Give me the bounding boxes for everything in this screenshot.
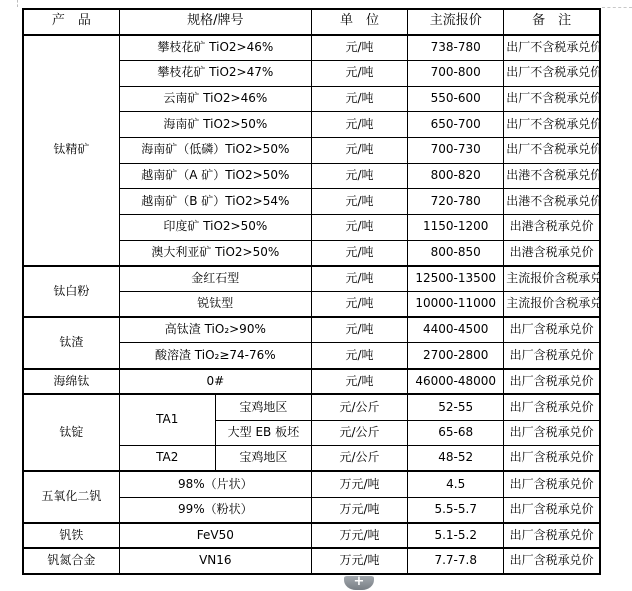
spec-cell: FeV50	[119, 523, 311, 549]
unit-cell: 元/公斤	[311, 420, 407, 446]
remark-cell: 出厂不含税承兑价	[504, 137, 600, 163]
price-cell: 800-850	[408, 240, 504, 266]
spec-cell: 宝鸡地区	[215, 394, 311, 420]
product-cell: 海绵钛	[23, 369, 119, 395]
price-cell: 65-68	[408, 420, 504, 446]
remark-cell: 出厂含税承兑价	[504, 523, 600, 549]
unit-cell: 元/吨	[311, 60, 407, 86]
remark-cell: 出厂含税承兑价	[504, 497, 600, 523]
unit-cell: 元/吨	[311, 240, 407, 266]
remark-cell: 主流报价含税承兑	[504, 266, 600, 292]
price-cell: 12500-13500	[408, 266, 504, 292]
remark-cell: 出厂不含税承兑价	[504, 35, 600, 61]
remark-cell: 出港不含税承兑价	[504, 163, 600, 189]
price-cell: 10000-11000	[408, 292, 504, 318]
remark-cell: 出港含税承兑价	[504, 215, 600, 241]
page-guide-dash-left	[17, 0, 18, 7]
remark-cell: 出厂不含税承兑价	[504, 86, 600, 112]
unit-cell: 万元/吨	[311, 497, 407, 523]
spec-cell: 越南矿（B 矿）TiO2>54%	[119, 189, 311, 215]
remark-cell: 出厂含税承兑价	[504, 446, 600, 472]
price-cell: 5.5-5.7	[408, 497, 504, 523]
spec-cell: 海南矿（低磷）TiO2>50%	[119, 137, 311, 163]
table-row: 钛锭TA1宝鸡地区元/公斤52-55出厂含税承兑价	[23, 394, 600, 420]
spec-cell: VN16	[119, 548, 311, 574]
product-cell: 钛精矿	[23, 35, 119, 266]
price-cell: 550-600	[408, 86, 504, 112]
price-cell: 7.7-7.8	[408, 548, 504, 574]
spec-cell: 金红石型	[119, 266, 311, 292]
product-cell: 钛锭	[23, 394, 119, 471]
unit-cell: 元/吨	[311, 163, 407, 189]
unit-cell: 元/吨	[311, 35, 407, 61]
unit-cell: 元/吨	[311, 137, 407, 163]
table-row: 钒铁FeV50万元/吨5.1-5.2出厂含税承兑价	[23, 523, 600, 549]
spec-cell: 宝鸡地区	[215, 446, 311, 472]
remark-cell: 出港含税承兑价	[504, 240, 600, 266]
price-cell: 5.1-5.2	[408, 523, 504, 549]
price-table-body: 钛精矿攀枝花矿 TiO2>46%元/吨738-780出厂不含税承兑价攀枝花矿 T…	[23, 35, 600, 574]
spec-cell: 攀枝花矿 TiO2>47%	[119, 60, 311, 86]
price-cell: 4400-4500	[408, 317, 504, 343]
spec-cell: 99%（粉状）	[119, 497, 311, 523]
price-cell: 2700-2800	[408, 343, 504, 369]
table-row: 钛精矿攀枝花矿 TiO2>46%元/吨738-780出厂不含税承兑价	[23, 35, 600, 61]
unit-cell: 万元/吨	[311, 548, 407, 574]
price-cell: 52-55	[408, 394, 504, 420]
unit-cell: 元/公斤	[311, 394, 407, 420]
price-cell: 46000-48000	[408, 369, 504, 395]
add-row-button[interactable]: +	[344, 576, 374, 590]
grade-cell: TA1	[119, 394, 215, 445]
spec-cell: 越南矿（A 矿）TiO2>50%	[119, 163, 311, 189]
unit-cell: 元/吨	[311, 86, 407, 112]
price-cell: 700-730	[408, 137, 504, 163]
spec-cell: 澳大利亚矿 TiO2>50%	[119, 240, 311, 266]
spec-cell: 大型 EB 板坯	[215, 420, 311, 446]
price-cell: 650-700	[408, 112, 504, 138]
price-cell: 700-800	[408, 60, 504, 86]
table-row: 五氧化二钒98%（片状）万元/吨4.5出厂含税承兑价	[23, 471, 600, 497]
remark-cell: 出厂含税承兑价	[504, 471, 600, 497]
price-table-header: 产 品规格/牌号单 位主流报价备 注	[23, 9, 600, 35]
unit-cell: 元/吨	[311, 112, 407, 138]
table-row: 钛白粉金红石型元/吨12500-13500主流报价含税承兑	[23, 266, 600, 292]
remark-cell: 出厂含税承兑价	[504, 394, 600, 420]
header-cell: 规格/牌号	[119, 9, 311, 35]
product-cell: 钒氮合金	[23, 548, 119, 574]
table-row: 钒氮合金VN16万元/吨7.7-7.8出厂含税承兑价	[23, 548, 600, 574]
spec-cell: 0#	[119, 369, 311, 395]
remark-cell: 出厂含税承兑价	[504, 369, 600, 395]
header-row: 产 品规格/牌号单 位主流报价备 注	[23, 9, 600, 35]
grade-cell: TA2	[119, 446, 215, 472]
table-row: 海绵钛0#元/吨46000-48000出厂含税承兑价	[23, 369, 600, 395]
spec-cell: 印度矿 TiO2>50%	[119, 215, 311, 241]
spec-cell: 攀枝花矿 TiO2>46%	[119, 35, 311, 61]
header-cell: 产 品	[23, 9, 119, 35]
header-cell: 单 位	[311, 9, 407, 35]
unit-cell: 元/吨	[311, 343, 407, 369]
header-cell: 主流报价	[408, 9, 504, 35]
remark-cell: 出港不含税承兑价	[504, 189, 600, 215]
price-cell: 1150-1200	[408, 215, 504, 241]
document-page: { "page": { "background": "#ffffff", "bo…	[0, 0, 632, 591]
remark-cell: 出厂含税承兑价	[504, 420, 600, 446]
remark-cell: 出厂不含税承兑价	[504, 112, 600, 138]
page-guide-dash-right	[602, 7, 632, 8]
spec-cell: 云南矿 TiO2>46%	[119, 86, 311, 112]
remark-cell: 主流报价含税承兑	[504, 292, 600, 318]
spec-cell: 高钛渣 TiO₂>90%	[119, 317, 311, 343]
price-cell: 738-780	[408, 35, 504, 61]
unit-cell: 万元/吨	[311, 471, 407, 497]
remark-cell: 出厂含税承兑价	[504, 317, 600, 343]
price-cell: 4.5	[408, 471, 504, 497]
spec-cell: 98%（片状）	[119, 471, 311, 497]
unit-cell: 元/公斤	[311, 446, 407, 472]
unit-cell: 元/吨	[311, 369, 407, 395]
product-cell: 钒铁	[23, 523, 119, 549]
spec-cell: 海南矿 TiO2>50%	[119, 112, 311, 138]
header-cell: 备 注	[504, 9, 600, 35]
spec-cell: 锐钛型	[119, 292, 311, 318]
price-cell: 800-820	[408, 163, 504, 189]
unit-cell: 元/吨	[311, 292, 407, 318]
remark-cell: 出厂含税承兑价	[504, 548, 600, 574]
unit-cell: 元/吨	[311, 215, 407, 241]
table-row: 钛渣高钛渣 TiO₂>90%元/吨4400-4500出厂含税承兑价	[23, 317, 600, 343]
unit-cell: 元/吨	[311, 189, 407, 215]
product-cell: 五氧化二钒	[23, 471, 119, 522]
remark-cell: 出厂不含税承兑价	[504, 60, 600, 86]
price-table: 产 品规格/牌号单 位主流报价备 注 钛精矿攀枝花矿 TiO2>46%元/吨73…	[22, 8, 601, 575]
unit-cell: 元/吨	[311, 266, 407, 292]
product-cell: 钛渣	[23, 317, 119, 368]
remark-cell: 出厂含税承兑价	[504, 343, 600, 369]
price-cell: 720-780	[408, 189, 504, 215]
unit-cell: 万元/吨	[311, 523, 407, 549]
unit-cell: 元/吨	[311, 317, 407, 343]
price-cell: 48-52	[408, 446, 504, 472]
spec-cell: 酸溶渣 TiO₂≥74-76%	[119, 343, 311, 369]
product-cell: 钛白粉	[23, 266, 119, 317]
